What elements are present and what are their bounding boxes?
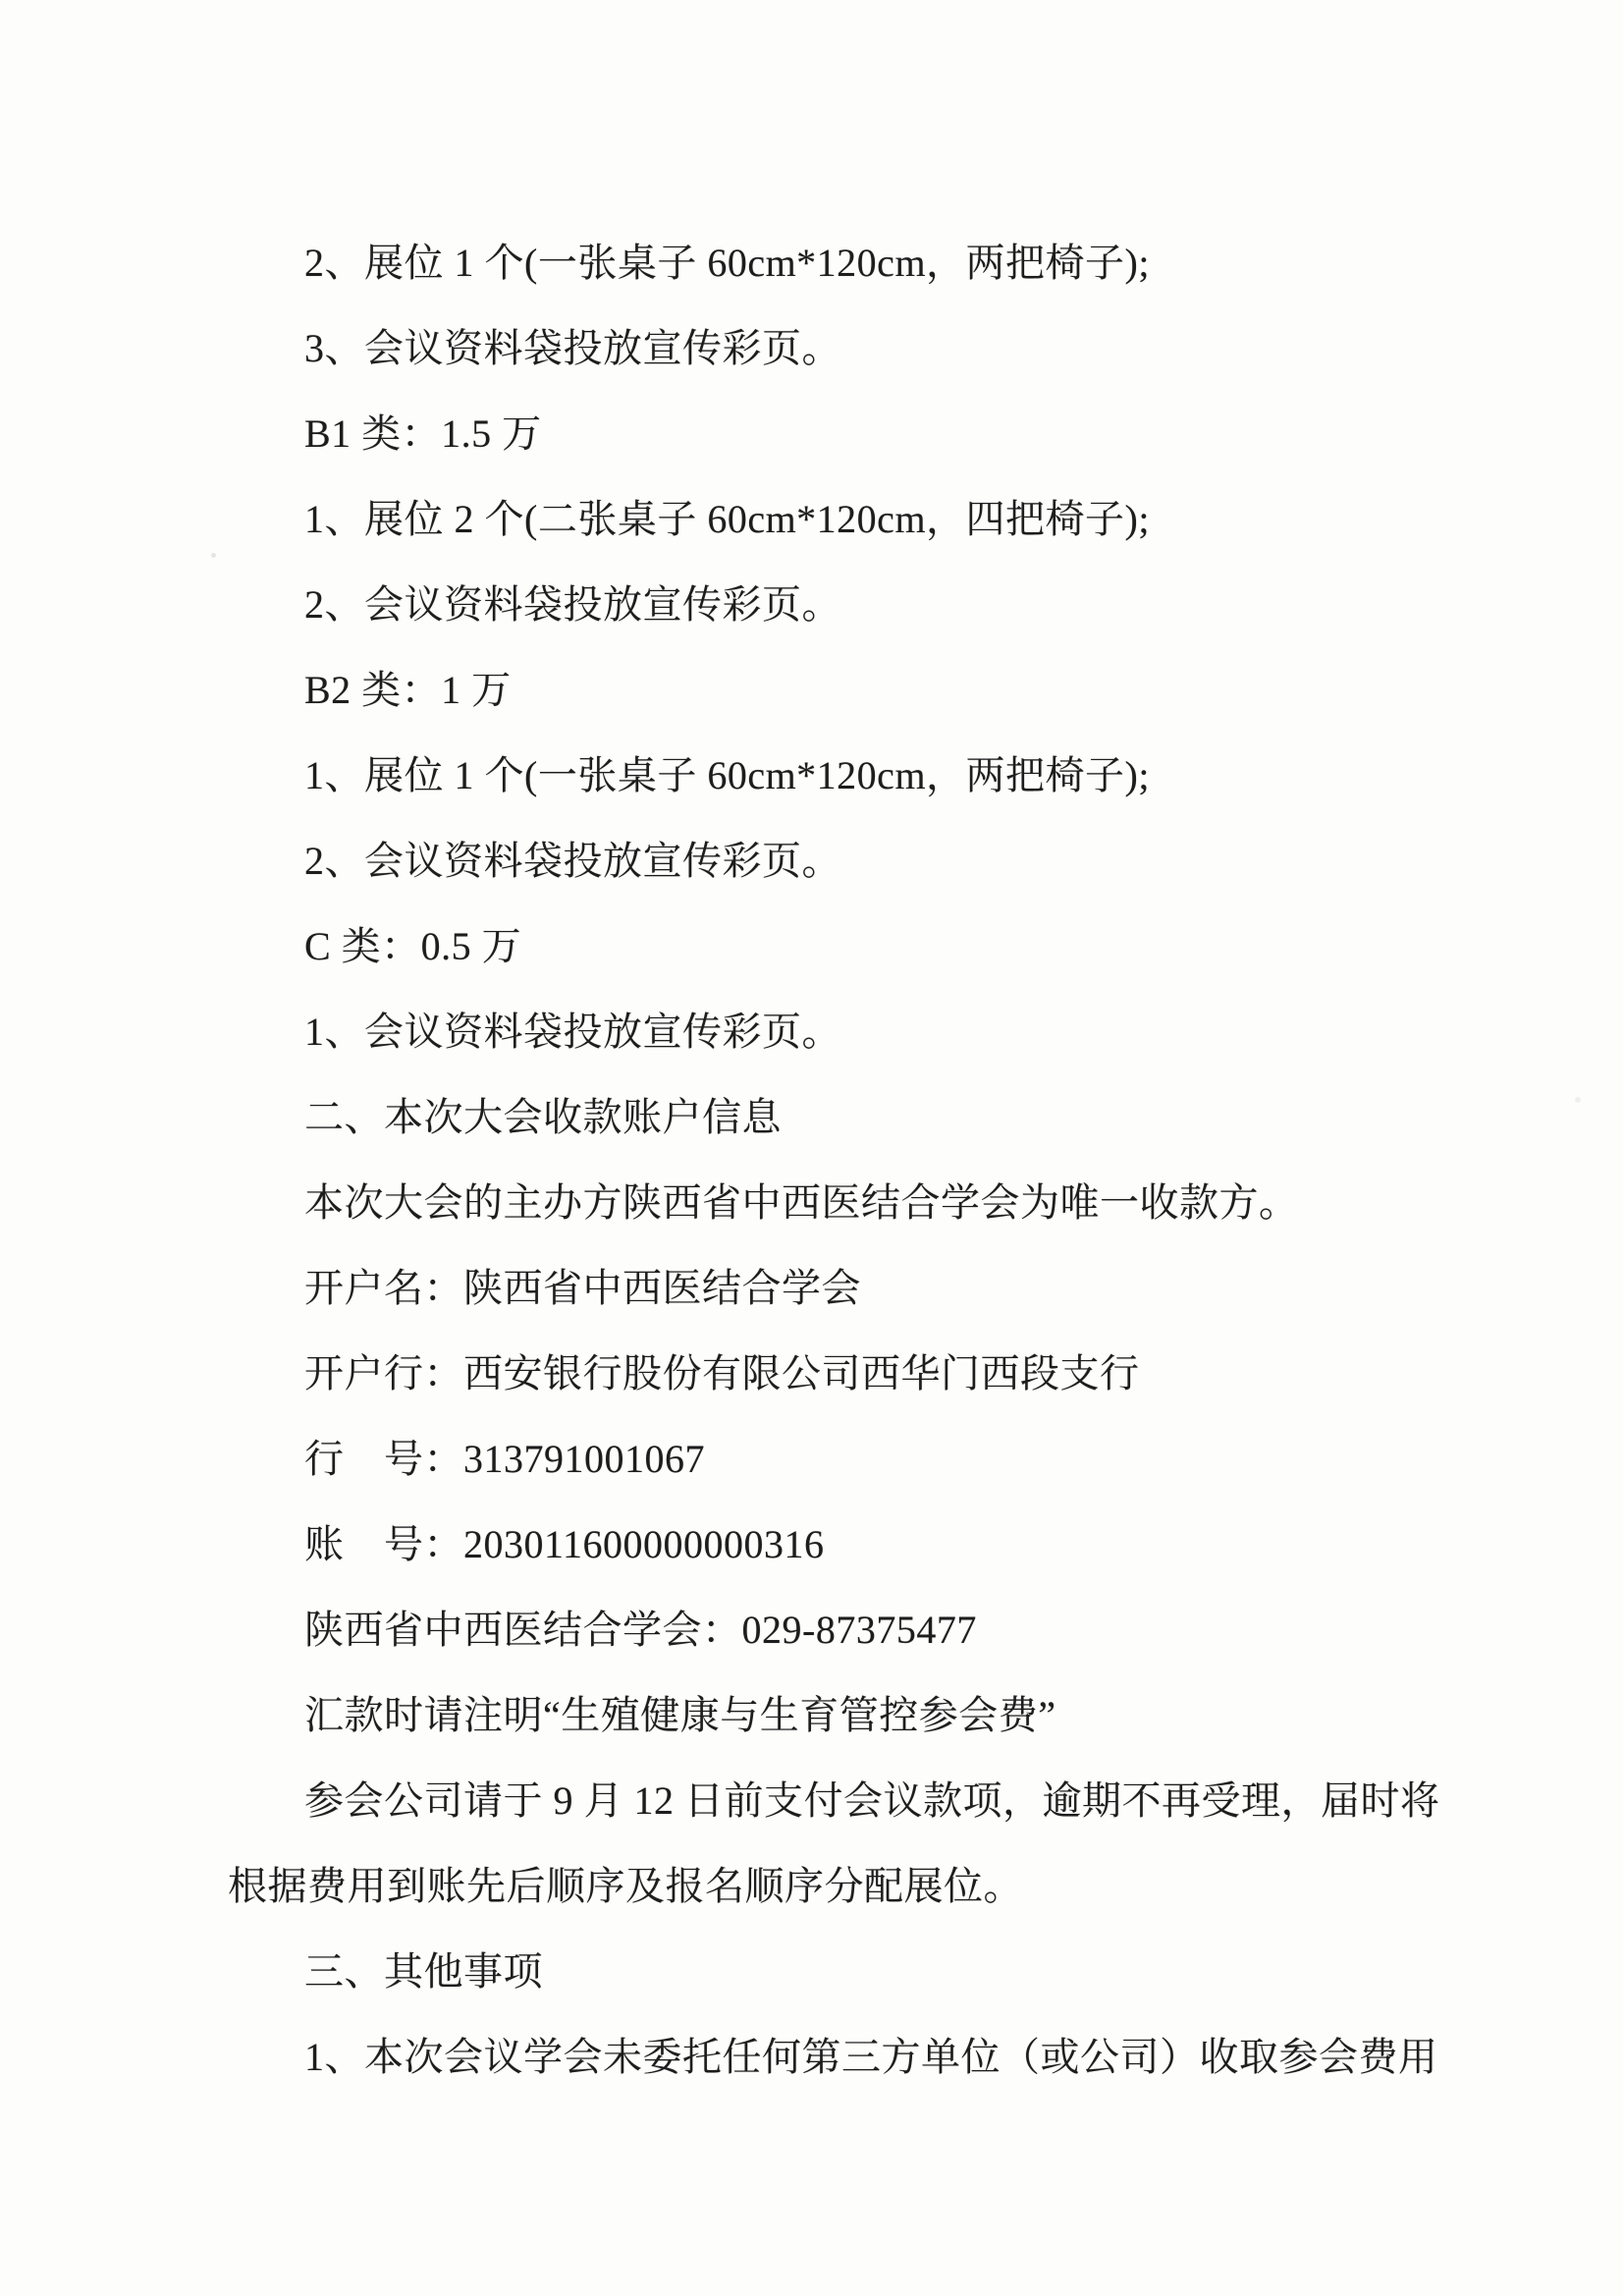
fee-item-booth-line: 1、展位 1 个(一张桌子 60cm*120cm，两把椅子); [228, 733, 1396, 818]
account-name-line: 开户名：陕西省中西医结合学会 [228, 1245, 1396, 1331]
third-party-notice-line: 1、本次会议学会未委托任何第三方单位（或公司）收取参会费用 [228, 2014, 1396, 2100]
fee-item-flyer-line: 3、会议资料袋投放宣传彩页。 [228, 305, 1396, 391]
payee-statement-line: 本次大会的主办方陕西省中西医结合学会为唯一收款方。 [228, 1160, 1396, 1245]
payment-deadline-line: 参会公司请于 9 月 12 日前支付会议款项，逾期不再受理，届时将 [228, 1758, 1396, 1843]
contact-phone-line: 陕西省中西医结合学会：029-87375477 [228, 1587, 1396, 1672]
document-body: 2、展位 1 个(一张桌子 60cm*120cm，两把椅子); 3、会议资料袋投… [228, 220, 1396, 2100]
scanned-document-page: 2、展位 1 个(一张桌子 60cm*120cm，两把椅子); 3、会议资料袋投… [0, 0, 1623, 2296]
account-number-line: 账 号：203011600000000316 [228, 1502, 1396, 1587]
scan-speck [1575, 1097, 1581, 1103]
section-3-heading: 三、其他事项 [228, 1929, 1396, 2014]
fee-item-flyer-line: 2、会议资料袋投放宣传彩页。 [228, 562, 1396, 647]
bank-branch-line: 开户行：西安银行股份有限公司西华门西段支行 [228, 1331, 1396, 1416]
fee-item-booth-line: 2、展位 1 个(一张桌子 60cm*120cm，两把椅子); [228, 220, 1396, 305]
fee-item-flyer-line: 2、会议资料袋投放宣传彩页。 [228, 818, 1396, 903]
fee-tier-c-heading: C 类：0.5 万 [228, 903, 1396, 989]
payment-deadline-continuation-line: 根据费用到账先后顺序及报名顺序分配展位。 [228, 1843, 1396, 1929]
section-2-heading: 二、本次大会收款账户信息 [228, 1074, 1396, 1160]
scan-speck [211, 553, 216, 558]
fee-item-flyer-line: 1、会议资料袋投放宣传彩页。 [228, 989, 1396, 1074]
fee-tier-b2-heading: B2 类：1 万 [228, 647, 1396, 733]
fee-item-booth-line: 1、展位 2 个(二张桌子 60cm*120cm，四把椅子); [228, 476, 1396, 562]
fee-tier-b1-heading: B1 类：1.5 万 [228, 391, 1396, 476]
remittance-note-line: 汇款时请注明“生殖健康与生育管控参会费” [228, 1672, 1396, 1758]
bank-number-line: 行 号：313791001067 [228, 1416, 1396, 1502]
